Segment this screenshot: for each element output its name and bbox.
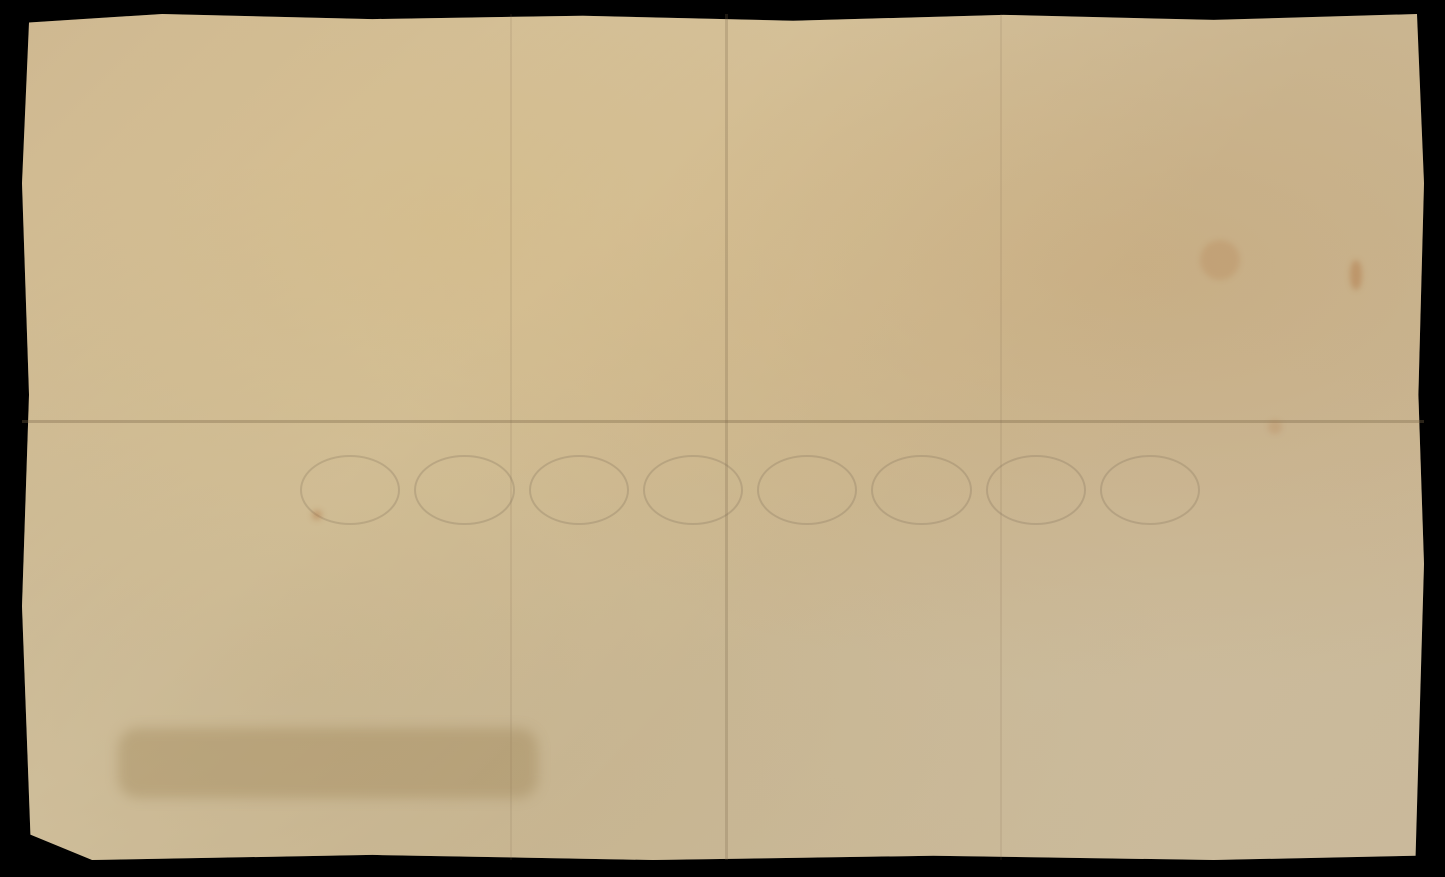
rust-stain: [1268, 420, 1282, 434]
rust-stain: [312, 510, 322, 520]
vertical-fold-crease: [725, 14, 728, 860]
horizontal-fold-crease: [22, 420, 1424, 423]
faded-stamp: [118, 728, 538, 798]
rust-stain: [1200, 240, 1240, 280]
show-through-border-pattern: [300, 455, 1200, 525]
fold-crease-right: [1000, 14, 1002, 860]
rust-stain: [1350, 260, 1362, 290]
